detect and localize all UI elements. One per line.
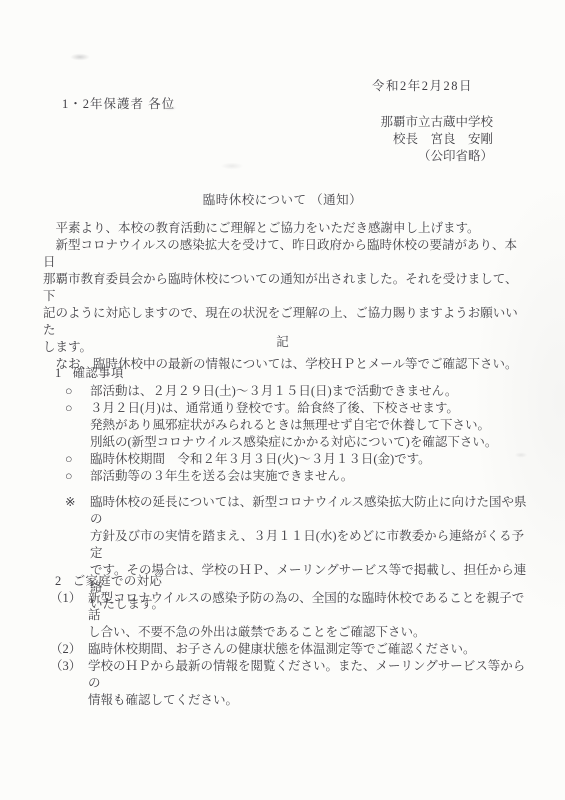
- list-item: ○ 臨時休校期間 令和２年３月３日(火)～３月１３日(金)です。: [65, 451, 531, 468]
- reference-mark: ※: [65, 494, 90, 511]
- numbered-item-line: 臨時休校期間、お子さんの健康状態を体温測定等でご確認ください。: [88, 641, 530, 658]
- item-number: （2）: [50, 641, 88, 658]
- numbered-item-line: 学校のＨＰから最新の情報を閲覧ください。また、メーリングサービス等からの: [88, 658, 530, 692]
- note-line: 方針及び市の実情を踏まえ、３月１１日(水)をめどに市教委から連絡がくる予定: [90, 528, 531, 562]
- circle-bullet: ○: [65, 468, 90, 485]
- intro-line: 新型コロナウイルスの感染拡大を受けて、昨日政府から臨時休校の要請があり、本日: [43, 237, 525, 271]
- item-number: （1）: [50, 590, 88, 607]
- list-item-line: 別紙の(新型コロナウイルス感染症にかかる対応について)を確認下さい。: [90, 434, 531, 451]
- intro-line: 那覇市教育委員会から臨時休校についての通知が出されました。それを受けまして、下: [43, 271, 525, 305]
- numbered-item: （3） 学校のＨＰから最新の情報を閲覧ください。また、メーリングサービス等からの…: [50, 658, 530, 709]
- section2-number: 2: [55, 573, 62, 590]
- numbered-item: （2） 臨時休校期間、お子さんの健康状態を体温測定等でご確認ください。: [50, 641, 530, 658]
- list-item: ○ ３月２日(月)は、通常通り登校です。給食終了後、下校させます。 発熱があり風…: [65, 400, 531, 451]
- section1-item-list: ○ 部活動は、２月２９日(土)～３月１５日(日)まで活動できません。 ○ ３月２…: [65, 383, 531, 485]
- list-item: ○ 部活動は、２月２９日(土)～３月１５日(日)まで活動できません。: [65, 383, 531, 400]
- circle-bullet: ○: [65, 383, 90, 400]
- list-item-line: 臨時休校期間 令和２年３月３日(火)～３月１３日(金)です。: [90, 451, 531, 468]
- intro-line: 平素より、本校の教育活動にご理解とご協力をいただき感謝申し上げます。: [43, 220, 525, 237]
- document-title: 臨時休校について （通知）: [0, 192, 565, 209]
- numbered-item-line: し合い、不要不急の外出は厳禁であることをご確認下さい。: [88, 624, 530, 641]
- numbered-item: （1） 新型コロナウイルスの感染予防の為の、全国的な臨時休校であることを親子で話…: [50, 590, 530, 641]
- section2-item-list: （1） 新型コロナウイルスの感染予防の為の、全国的な臨時休校であることを親子で話…: [50, 590, 530, 709]
- numbered-item-line: 情報も確認してください。: [88, 692, 530, 709]
- list-item: ○ 部活動等の３年生を送る会は実施できません。: [65, 468, 531, 485]
- addressee: 1・2年保護者 各位: [62, 96, 175, 113]
- sender-principal: 校長 宮良 安剛: [380, 131, 493, 148]
- section2-heading-label: ご家庭での対応: [73, 574, 163, 588]
- section1-heading-label: 確認事項: [73, 366, 124, 380]
- section1-number: 1: [55, 365, 62, 382]
- document-date: 令和2年2月28日: [372, 78, 473, 95]
- note-line: 臨時休校の延長については、新型コロナウイルス感染拡大防止に向けた国や県の: [90, 494, 531, 528]
- numbered-item-line: 新型コロナウイルスの感染予防の為の、全国的な臨時休校であることを親子で話: [88, 590, 530, 624]
- sender-seal-note: （公印省略）: [380, 148, 493, 165]
- scanned-notice-document: 令和2年2月28日 1・2年保護者 各位 那覇市立古蔵中学校 校長 宮良 安剛 …: [0, 0, 565, 800]
- section2-heading: 2ご家庭での対応: [55, 573, 162, 590]
- list-item-line: 発熱があり風邪症状がみられるときは無理せず自宅で休養して下さい。: [90, 417, 531, 434]
- list-item-line: 部活動等の３年生を送る会は実施できません。: [90, 468, 531, 485]
- section1-heading: 1確認事項: [55, 365, 124, 382]
- record-marker: 記: [0, 334, 565, 351]
- sender-block: 那覇市立古蔵中学校 校長 宮良 安剛 （公印省略）: [380, 114, 493, 165]
- item-number: （3）: [50, 658, 88, 675]
- circle-bullet: ○: [65, 451, 90, 468]
- circle-bullet: ○: [65, 400, 90, 417]
- list-item-line: ３月２日(月)は、通常通り登校です。給食終了後、下校させます。: [90, 400, 531, 417]
- sender-school: 那覇市立古蔵中学校: [380, 114, 493, 131]
- list-item-line: 部活動は、２月２９日(土)～３月１５日(日)まで活動できません。: [90, 383, 531, 400]
